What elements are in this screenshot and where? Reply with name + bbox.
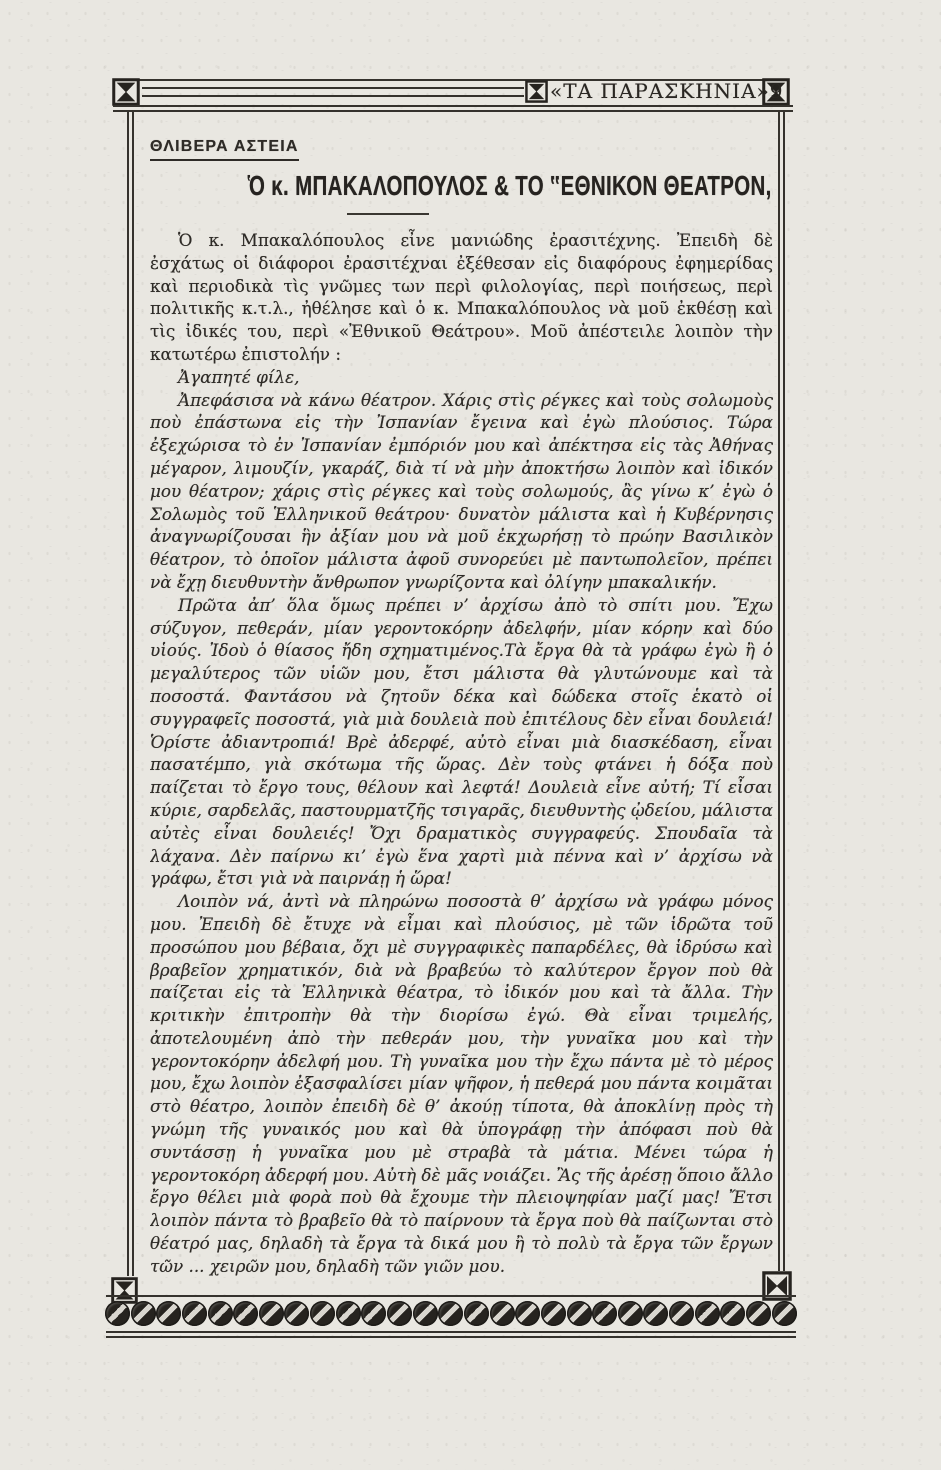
- footer-bottom-rule-2: [106, 1336, 796, 1338]
- hourglass-ornament-icon: [525, 80, 548, 103]
- frame-right-border: [778, 112, 785, 1271]
- rosette-icon: [720, 1301, 745, 1326]
- rosette-icon: [515, 1301, 540, 1326]
- letter-paragraph: Λοιπὸν νά, ἀντὶ νὰ πληρώνω ποσοστὰ θ’ ἀρ…: [150, 890, 773, 1278]
- rosette-icon: [643, 1301, 668, 1326]
- footer-bottom-rule-1: [106, 1331, 796, 1333]
- footer-top-rule: [106, 1295, 796, 1297]
- rosette-icon: [772, 1301, 797, 1326]
- rosette-icon: [182, 1301, 207, 1326]
- frame-left-border: [127, 112, 134, 1276]
- article-column: ΘΛΙΒΕΡΑ ΑΣΤΕΙΑ Ὁ κ. ΜΠΑΚΑΛΟΠΟΥΛΟΣ & ΤΟ ‟…: [150, 136, 773, 1286]
- headline-underline-rule: [347, 213, 429, 215]
- header-rule-2: [142, 87, 524, 89]
- rosette-icon: [233, 1301, 258, 1326]
- letter-salutation: Ἀγαπητέ φίλε,: [150, 366, 773, 389]
- section-label: ΘΛΙΒΕΡΑ ΑΣΤΕΙΑ: [150, 138, 299, 161]
- rosette-icon: [284, 1301, 309, 1326]
- letter-paragraph: Πρῶτα ἀπ’ ὅλα ὅμως πρέπει ν’ ἀρχίσω ἀπὸ …: [150, 594, 773, 890]
- headline-row: Ὁ κ. ΜΠΑΚΑΛΟΠΟΥΛΟΣ & ΤΟ ‟ΕΘΝΙΚΟΝ ΘΕΑΤΡΟΝ…: [150, 170, 773, 208]
- rosette-icon: [592, 1301, 617, 1326]
- rosette-icon: [464, 1301, 489, 1326]
- rosette-icon: [567, 1301, 592, 1326]
- rosette-icon: [490, 1301, 515, 1326]
- intro-paragraph: Ὁ κ. Μπακαλόπουλος εἶνε μανιώδης ἐρασιτέ…: [150, 229, 773, 366]
- header-rule-3: [142, 95, 524, 97]
- footer-rosette-border: [105, 1300, 797, 1326]
- header-bottom-rule-1: [113, 105, 793, 107]
- newspaper-page-scan: «ΤΑ ΠΑΡΑΣΚΗΝΙΑ» 9 ΘΛΙΒΕΡΑ ΑΣΤΕΙΑ Ὁ κ. ΜΠ…: [0, 0, 941, 1470]
- rosette-icon: [131, 1301, 156, 1326]
- rosette-icon: [336, 1301, 361, 1326]
- rosette-icon: [618, 1301, 643, 1326]
- rosette-icon: [413, 1301, 438, 1326]
- rosette-icon: [105, 1301, 130, 1326]
- rosette-icon: [541, 1301, 566, 1326]
- rosette-icon: [746, 1301, 771, 1326]
- header-bottom-rule-2: [113, 110, 793, 112]
- hourglass-ornament-icon: [112, 78, 140, 106]
- rosette-icon: [310, 1301, 335, 1326]
- rosette-icon: [361, 1301, 386, 1326]
- article-headline: Ὁ κ. ΜΠΑΚΑΛΟΠΟΥΛΟΣ & ΤΟ ‟ΕΘΝΙΚΟΝ ΘΕΑΤΡΟΝ…: [248, 170, 773, 202]
- rosette-icon: [669, 1301, 694, 1326]
- masthead-title: «ΤΑ ΠΑΡΑΣΚΗΝΙΑ»: [550, 79, 770, 103]
- page-number: 9: [770, 79, 784, 103]
- masthead: «ΤΑ ΠΑΡΑΣΚΗΝΙΑ» 9: [550, 79, 762, 103]
- rosette-icon: [208, 1301, 233, 1326]
- rosette-icon: [156, 1301, 181, 1326]
- rosette-icon: [387, 1301, 412, 1326]
- rosette-icon: [695, 1301, 720, 1326]
- letter-paragraph: Ἀπεφάσισα νὰ κάνω θέατρον. Χάρις στὶς ρέ…: [150, 389, 773, 594]
- rosette-icon: [259, 1301, 284, 1326]
- rosette-icon: [438, 1301, 463, 1326]
